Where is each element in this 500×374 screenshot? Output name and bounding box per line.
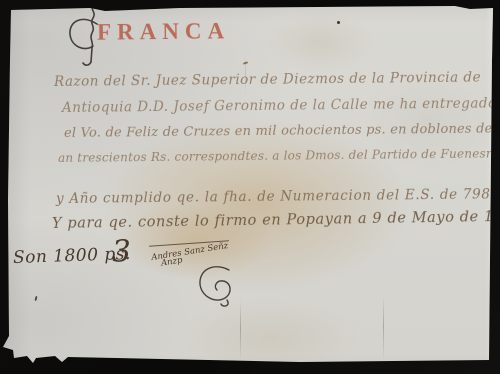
manuscript-line-5: y Año cumplido qe. la fha. de Numeracion… [56, 186, 491, 207]
signature-title: Anzp [160, 255, 183, 268]
manuscript-line-3: el Vo. de Feliz de Cruzes en mil ochocie… [64, 122, 493, 141]
photo-stage: FRANCA Razon del Sr. Juez Superior de Di… [0, 0, 500, 374]
ink-speck [337, 21, 340, 24]
document-paper: FRANCA Razon del Sr. Juez Superior de Di… [0, 0, 500, 374]
paper-crease [240, 300, 241, 362]
signature-rubric-flourish [193, 262, 241, 308]
amount-note: Son 1800 ps. 3 [13, 244, 132, 268]
manuscript-line-4: an trescientos Rs. correspondtes. a los … [58, 146, 499, 165]
manuscript-line-2: Antioquia D.D. Josef Geronimo de la Call… [62, 95, 497, 116]
manuscript-line-1: Razon del Sr. Juez Superior de Diezmos d… [54, 70, 481, 90]
ink-speck [34, 296, 37, 301]
paper-crease [383, 296, 384, 362]
franca-postmark: FRANCA [97, 18, 230, 45]
amount-figure: 3 [111, 234, 131, 270]
manuscript-line-6: Y para qe. conste lo firmo en Popayan a … [52, 209, 500, 232]
